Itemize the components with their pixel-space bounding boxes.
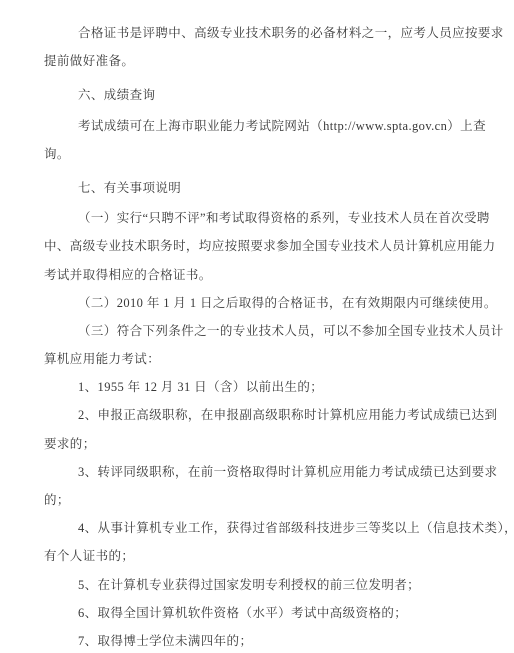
text-line: 询。 <box>44 140 470 168</box>
text-line: 5、在计算机专业获得过国家发明专利授权的前三位发明者； <box>44 571 470 599</box>
text-line: 提前做好准备。 <box>44 47 470 75</box>
text-line: 有个人证书的； <box>44 542 470 570</box>
text-line: （三）符合下列条件之一的专业技术人员，可以不参加全国专业技术人员计 <box>44 317 470 345</box>
text-line: 算机应用能力考试： <box>44 345 470 373</box>
text-line: 2、申报正高级职称，在申报副高级职称时计算机应用能力考试成绩已达到 <box>44 401 470 429</box>
text-line: 的； <box>44 486 470 514</box>
section-heading: 六、成绩查询 <box>44 81 470 109</box>
text-line: 合格证书是评聘中、高级专业技术职务的必备材料之一，应考人员应按要求 <box>44 19 470 47</box>
text-line: 7、取得博士学位未满四年的； <box>44 627 470 653</box>
text-line: 考试并取得相应的合格证书。 <box>44 261 470 289</box>
text-line: （一）实行“只聘不评”和考试取得资格的系列，专业技术人员在首次受聘 <box>44 204 470 232</box>
text-line: 6、取得全国计算机软件资格（水平）考试中高级资格的； <box>44 599 470 627</box>
text-line: 4、从事计算机专业工作，获得过省部级科技进步三等奖以上（信息技术类）， <box>44 514 470 542</box>
document-page: 合格证书是评聘中、高级专业技术职务的必备材料之一，应考人员应按要求提前做好准备。… <box>0 0 514 653</box>
text-line: 3、转评同级职称，在前一资格取得时计算机应用能力考试成绩已达到要求 <box>44 458 470 486</box>
text-line: （二）2010 年 1 月 1 日之后取得的合格证书，在有效期限内可继续使用。 <box>44 289 470 317</box>
text-line: 中、高级专业技术职务时，均应按照要求参加全国专业技术人员计算机应用能力 <box>44 232 470 260</box>
text-line: 1、1955 年 12 月 31 日（含）以前出生的； <box>44 373 470 401</box>
section-heading: 七、有关事项说明 <box>44 174 470 202</box>
text-line: 考试成绩可在上海市职业能力考试院网站（http://www.spta.gov.c… <box>44 112 470 140</box>
text-line: 要求的； <box>44 430 470 458</box>
document-body: 合格证书是评聘中、高级专业技术职务的必备材料之一，应考人员应按要求提前做好准备。… <box>0 0 514 653</box>
